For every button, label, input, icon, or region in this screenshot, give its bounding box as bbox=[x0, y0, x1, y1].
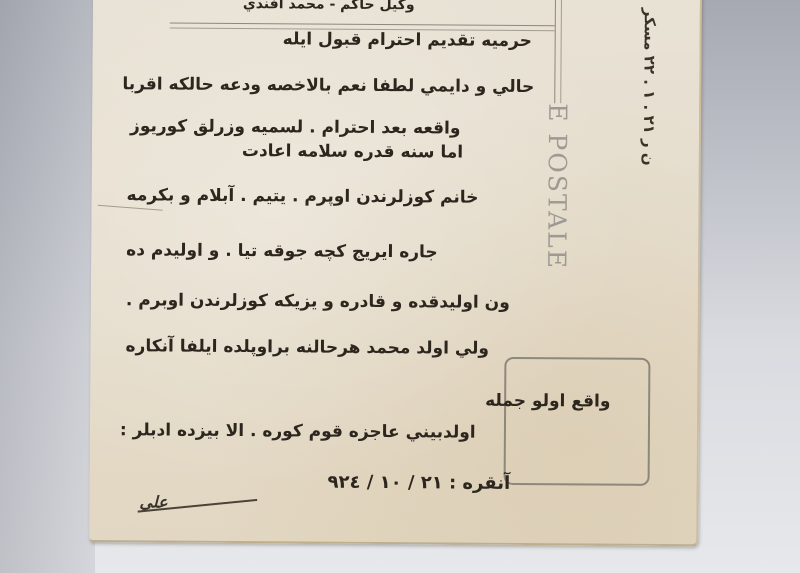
handwritten-line-4: اما سنه قدره سلامه اعادت bbox=[242, 143, 463, 162]
handwritten-line-2: حالي و دايمي لطفا نعم بالاخصه ودعه حالكه… bbox=[122, 76, 534, 96]
carte-postale-label: E POSTALE bbox=[541, 103, 573, 343]
stamp-box bbox=[504, 357, 651, 486]
handwritten-line-3: واقعه بعد احترام . لسميه وزرلق كوريوز bbox=[130, 118, 461, 137]
background-shadow bbox=[0, 0, 95, 573]
handwritten-line-8: ولي اولد محمد هرحالنه براوپلده ايلفا آنك… bbox=[125, 338, 489, 358]
postcard: E POSTALE ن ر ٢١ . ١ . ٢٢ مسكر وكيل حاكم… bbox=[89, 0, 702, 546]
handwritten-line-5: خانم كوزلرندن اوپرم . يتيم . آبلام و بكر… bbox=[127, 187, 479, 206]
handwritten-line-6: جاره ايريج كچه جوقه تيا . و اوليدم ده bbox=[126, 242, 438, 261]
handwritten-line-9: واقع اولو جمله bbox=[485, 393, 610, 411]
handwritten-line-7: ون اوليدقده و قادره و يزيكه كوزلرندن اوب… bbox=[126, 292, 510, 312]
date-line: آنقره : ٢١ / ١٠ / ٩٢٤ bbox=[328, 472, 511, 494]
handwritten-line-1: حرميه تقديم احترام قبول ايله bbox=[283, 31, 532, 50]
handwritten-line-10: اولدبيني عاجزه قوم كوره . الا بيزده ادبل… bbox=[120, 422, 476, 441]
signature: علي bbox=[139, 492, 167, 511]
handwritten-line-0: وكيل حاكم - محمد افندي bbox=[243, 0, 415, 12]
margin-note: ن ر ٢١ . ١ . ٢٢ مسكر bbox=[640, 8, 659, 166]
paper-crease bbox=[97, 205, 162, 217]
vertical-divider-line bbox=[554, 0, 562, 103]
